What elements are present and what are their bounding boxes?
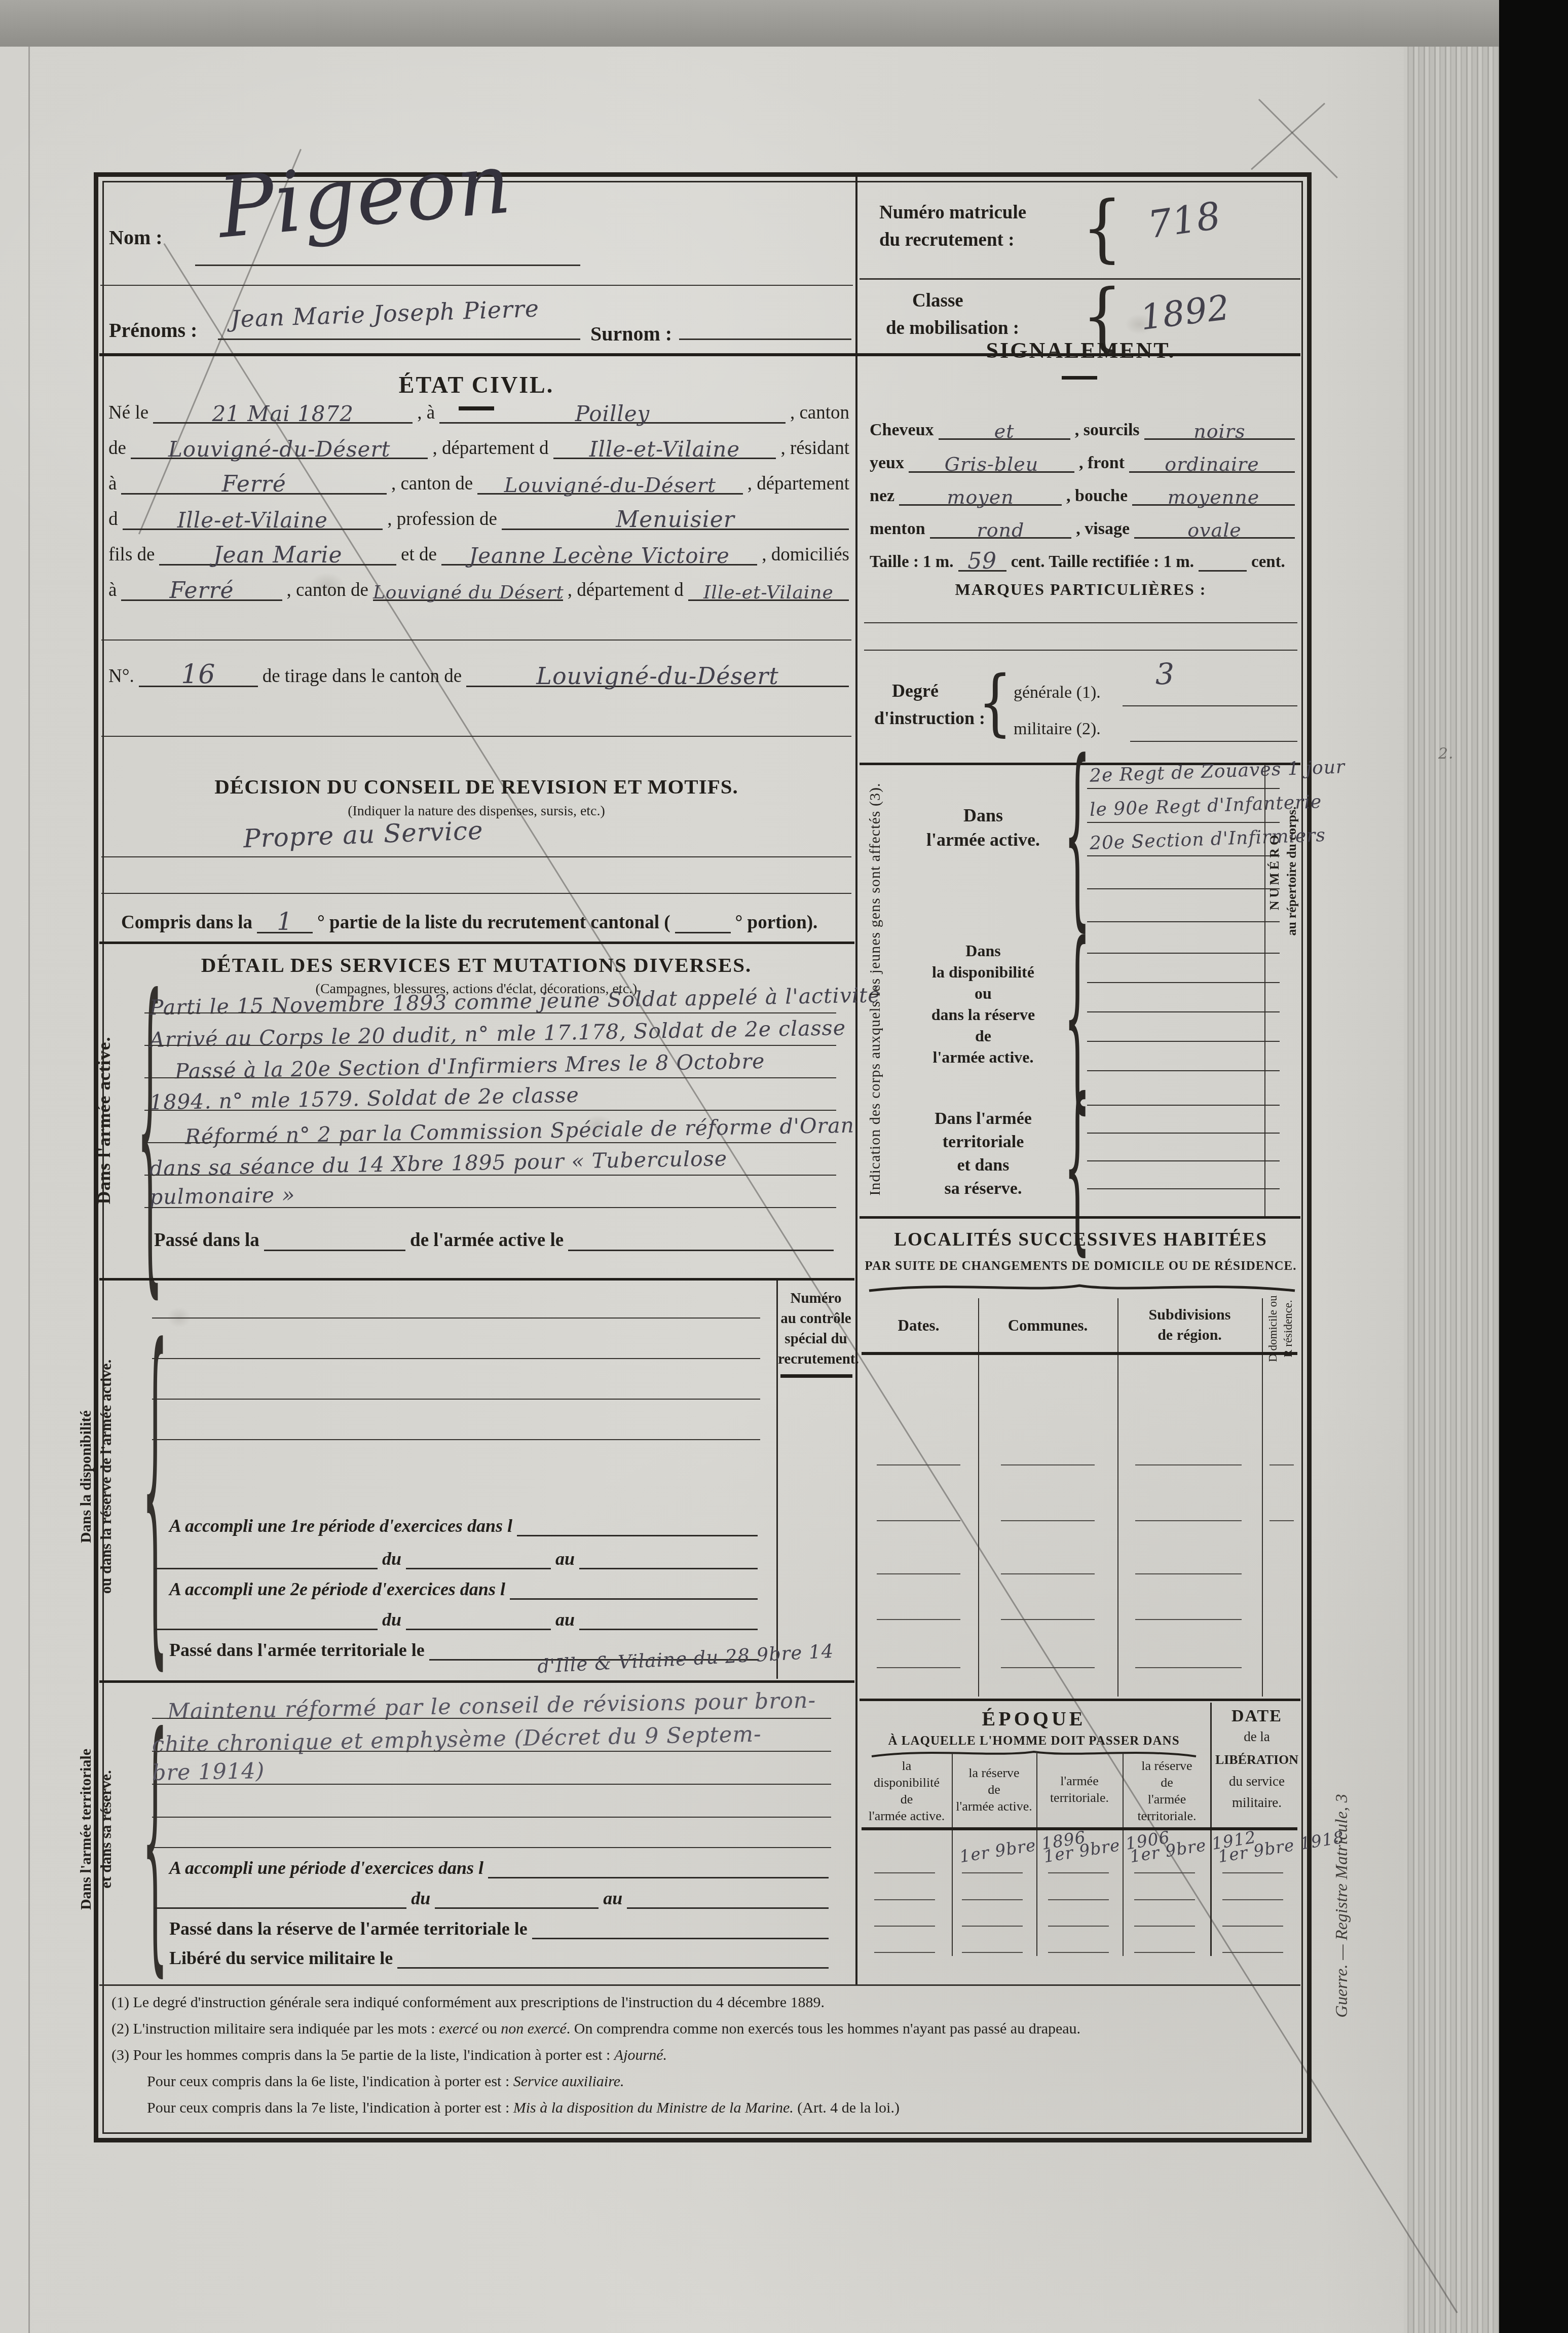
localites-header-rule (862, 1352, 1297, 1355)
numero-controle-rule (780, 1374, 852, 1378)
blank-field (155, 1907, 406, 1909)
empty-row-line (1001, 1520, 1095, 1521)
blank-field (579, 1629, 758, 1630)
etat-civil-row: à Ferré , canton de Louvigné-du-Désert ,… (106, 466, 851, 495)
empty-row-line (1222, 1872, 1283, 1873)
footnote-rule (99, 1984, 1300, 1986)
empty-row-line (877, 1667, 960, 1668)
blank-field: Louvigné-du-Désert (466, 658, 849, 687)
empty-row-line (1134, 1899, 1195, 1900)
localites-divider (1262, 1298, 1263, 1697)
taille-row: Taille : 1 m. 59 cent. Taille rectifiée … (868, 546, 1297, 572)
blank-field (397, 1967, 829, 1969)
periode1-row: A accompli une 1re période d'exercices d… (167, 1510, 760, 1536)
blank-field (579, 1568, 758, 1569)
empty-row-line (874, 1926, 935, 1927)
localites-col-subdivisions: Subdivisions de région. (1120, 1305, 1259, 1345)
generale-label: générale (1). (1014, 683, 1101, 702)
empty-row-line (1048, 1872, 1109, 1873)
ruled-line (152, 1817, 831, 1818)
blank-field: Menuisier (502, 503, 849, 530)
page-stack-top-edge (0, 0, 1499, 47)
ruled-line (144, 1175, 836, 1176)
brace-glyph: { (978, 661, 1012, 744)
localites-divider (1117, 1298, 1118, 1697)
du-au-row: du au (152, 1543, 760, 1569)
section-rule (99, 942, 854, 944)
blank-field (568, 1250, 834, 1251)
epoque-date-header5: militaire. (1214, 1795, 1300, 1811)
territoriale-brace: { (142, 1678, 168, 2000)
nom-label: Nom : (109, 225, 163, 249)
blank-field: Louvigné du Désert (373, 578, 563, 601)
blank-field (155, 1629, 378, 1630)
classe-label: Classe (912, 290, 963, 312)
ruled-line (1087, 1188, 1280, 1189)
ruled-line (1087, 1133, 1280, 1134)
epoque-date-header: DATE (1214, 1707, 1300, 1726)
ruled-line (1087, 888, 1280, 889)
empty-row-line (1222, 1926, 1283, 1927)
localites-col-communes: Communes. (981, 1316, 1115, 1335)
empty-row-line (1135, 1619, 1242, 1620)
territoriale-line: bre 1914) (152, 1758, 265, 1786)
ruled-line (1087, 855, 1280, 856)
ruled-line (152, 1439, 760, 1440)
blank-field (488, 1877, 829, 1878)
blank-field: ordinaire (1129, 449, 1295, 473)
blank-field: Louvigné-du-Désert (131, 433, 428, 459)
blank-line (100, 285, 853, 286)
corps-dispo-label: Dans la disponibilité ou dans la réserve… (900, 940, 1067, 1068)
blank-line (864, 650, 1297, 651)
periode-terr-row: A accompli une période d'exercices dans … (167, 1852, 831, 1878)
divider-line (860, 278, 1300, 280)
signalement-title: SIGNALEMENT. (859, 337, 1302, 363)
localites-title: LOCALITÉS SUCCESSIVES HABITÉES (859, 1229, 1302, 1251)
etat-civil-title: ÉTAT CIVIL. (99, 371, 854, 398)
blank-line (218, 338, 580, 340)
etat-civil-row: à Ferré , canton de Louvigné du Désert ,… (106, 573, 851, 601)
section-rule (860, 1216, 1300, 1219)
blank-line (101, 639, 851, 641)
blank-line (101, 736, 851, 737)
ruled-line (152, 1318, 760, 1319)
epoque-divider (952, 1753, 953, 1956)
empty-row-line (877, 1464, 960, 1465)
blank-field (627, 1907, 829, 1909)
signalement-row: menton rond , visage ovale (868, 513, 1297, 539)
ruled-line (152, 1718, 831, 1719)
empty-row-line (1001, 1667, 1095, 1668)
territoriale-side-label: Dans l'armée territoriale et dans sa rés… (76, 1652, 117, 2007)
disponibilite-side-label: Dans la disponibilité ou dans la réserve… (76, 1274, 117, 1679)
tirage-row: N°. 16 de tirage dans le canton de Louvi… (106, 659, 851, 687)
blank-field: moyen (899, 482, 1062, 506)
blank-field (406, 1568, 551, 1569)
page-stack-right-edge (1404, 47, 1499, 2333)
surnom-label: Surnom : (590, 322, 672, 346)
empty-row-line (1135, 1667, 1242, 1668)
libere-row: Libéré du service militaire le (167, 1942, 831, 1969)
corps-side-label: Indication des corps auxquels les jeunes… (867, 710, 884, 1268)
localites-col-dr: D domicile ou R résidence. (1265, 1253, 1296, 1405)
empty-row-line (1134, 1952, 1195, 1953)
epoque-date-header2: de la (1214, 1729, 1300, 1745)
empty-row-line (874, 1952, 935, 1953)
empty-row-line (874, 1899, 935, 1900)
ruled-line (1087, 953, 1280, 954)
empty-row-line (962, 1899, 1023, 1900)
section-rule (860, 1699, 1300, 1701)
title-underline (1062, 376, 1097, 380)
ruled-line (144, 1077, 836, 1078)
blank-field: 1 (257, 904, 313, 933)
matricule-label2: du recrutement : (879, 229, 1014, 251)
empty-row-line (1134, 1926, 1195, 1927)
blank-field: 16 (139, 655, 258, 687)
blank-field (406, 1629, 551, 1630)
service-line: pulmonaire » (150, 1182, 295, 1209)
epoque-date-header3: LIBÉRATION (1214, 1752, 1300, 1767)
empty-row-line (1134, 1872, 1195, 1873)
empty-row-line (877, 1520, 960, 1521)
du-au-row: du au (152, 1604, 760, 1630)
ruled-line (152, 1399, 760, 1400)
services-brace: { (137, 928, 163, 1326)
ruled-line (152, 1847, 831, 1848)
blank-field: noirs (1144, 416, 1295, 440)
brace-glyph: { (1082, 186, 1123, 271)
ruled-line (1087, 1105, 1280, 1106)
ruled-line (1087, 1070, 1280, 1071)
epoque-date-header4: du service (1214, 1774, 1300, 1789)
empty-row-line (1135, 1573, 1242, 1574)
degre-label2: d'instruction : (874, 707, 985, 729)
passe-active-row: Passé dans la de l'armée active le (152, 1224, 836, 1251)
blank-field: Gris-bleu (909, 449, 1074, 473)
ruled-line (1087, 982, 1280, 983)
ruled-line (144, 1012, 836, 1013)
numero-corps-divider (1264, 765, 1265, 1216)
etat-civil-row: de Louvigné-du-Désert , département d Il… (106, 431, 851, 459)
empty-row-line (962, 1872, 1023, 1873)
blank-line (864, 622, 1297, 623)
localites-subtitle: PAR SUITE DE CHANGEMENTS DE DOMICILE OU … (859, 1259, 1302, 1273)
etat-civil-row: Né le 21 Mai 1872 , à Poilley , canton (106, 395, 851, 424)
blank-field (510, 1598, 758, 1600)
signalement-row: nez moyen , bouche moyenne (868, 480, 1297, 506)
blank-field: rond (930, 515, 1072, 539)
blank-field: Louvigné-du-Désert (477, 470, 742, 495)
blank-line (101, 856, 851, 857)
footnote-5: Pour ceux compris dans la 7e liste, l'in… (147, 2099, 1292, 2117)
blank-field: 21 Mai 1872 (153, 397, 413, 424)
blank-field (435, 1907, 599, 1909)
ruled-line (1087, 1011, 1280, 1012)
empty-row-line (1048, 1926, 1109, 1927)
degre-label1: Degré (892, 680, 939, 701)
ruled-line (1087, 788, 1280, 789)
marques-label: MARQUES PARTICULIÈRES : (859, 580, 1302, 599)
empty-row-line (1270, 1520, 1294, 1521)
column-divider (855, 177, 857, 1986)
blank-field: Jean Marie (159, 538, 396, 566)
blank-field: Ille-et-Vilaine (123, 504, 383, 530)
blank-field (675, 932, 731, 933)
ruled-line (1087, 1160, 1280, 1161)
empty-row-line (1001, 1619, 1095, 1620)
section-rule (99, 1278, 854, 1281)
blank-field (1199, 570, 1247, 572)
ruled-line (1087, 1041, 1280, 1042)
localites-col-dates: Dates. (862, 1316, 976, 1335)
numero-controle-header: Numéro au contrôle spécial du recrutemen… (778, 1288, 854, 1369)
blank-field: Ille-et-Vilaine (553, 433, 776, 459)
blank-field: Poilley (439, 397, 786, 424)
blank-field: 59 (958, 544, 1006, 572)
du-au-row: du au (152, 1883, 831, 1909)
footnote-3: (3) Pour les hommes compris dans la 5e p… (111, 2047, 1292, 2064)
empty-row-line (1135, 1464, 1242, 1465)
ruled-line (152, 1751, 831, 1752)
blank-line (1123, 705, 1297, 706)
localites-divider (978, 1298, 979, 1697)
section-rule (99, 1680, 854, 1683)
blank-field: moyenne (1132, 482, 1295, 506)
blank-line (101, 893, 851, 894)
matricule-label: Numéro matricule (879, 202, 1026, 223)
epoque-divider (1036, 1753, 1037, 1956)
services-title: DÉTAIL DES SERVICES ET MUTATIONS DIVERSE… (99, 953, 854, 977)
empty-row-line (1048, 1899, 1109, 1900)
footnote-2: (2) L'instruction militaire sera indiqué… (111, 2020, 1297, 2038)
compris-row: Compris dans la 1 ° partie de la liste d… (119, 906, 839, 933)
epoque-title: ÉPOQUE (862, 1707, 1206, 1730)
signalement-row: yeux Gris-bleu , front ordinaire (868, 447, 1297, 473)
corps-active-label: Dans l'armée active. (897, 803, 1069, 852)
ruled-line (144, 1110, 836, 1111)
empty-row-line (962, 1926, 1023, 1927)
ruled-line (144, 1045, 836, 1046)
blank-field: Jeanne Lecène Victoire (441, 539, 757, 566)
blank-field (532, 1938, 829, 1939)
numero-corps-label: NUMÉRO au répertoire du corps. (1266, 729, 1300, 1013)
blank-line (679, 338, 851, 340)
ruled-line (1087, 822, 1280, 823)
decision-title: DÉCISION DU CONSEIL DE REVISION ET MOTIF… (99, 774, 854, 799)
services-side-label: Dans l'armée active. (93, 968, 115, 1272)
epoque-subtitle: À LAQUELLE L'HOMME DOIT PASSER DANS (862, 1734, 1206, 1748)
passe-reserve-row: Passé dans la réserve de l'armée territo… (167, 1913, 831, 1939)
generale-value: 3 (1155, 657, 1175, 691)
decorative-swash (867, 1280, 1297, 1295)
classe-label2: de mobilisation : (886, 317, 1019, 339)
empty-row-line (1048, 1952, 1109, 1953)
empty-row-line (1270, 1464, 1294, 1465)
ruled-line (152, 1358, 760, 1359)
footnote-1: (1) Le degré d'instruction générale sera… (111, 1994, 1292, 2011)
ruled-line (144, 1142, 836, 1143)
empty-row-line (877, 1573, 960, 1574)
empty-row-line (1222, 1899, 1283, 1900)
empty-row-line (1135, 1520, 1242, 1521)
scanned-register-page: 2. Nom : Pigeon Prénoms : Jean Marie Jos… (0, 0, 1568, 2333)
blank-field: Ille-et-Vilaine (688, 578, 849, 601)
periode2-row: A accompli une 2e période d'exercices da… (167, 1573, 760, 1600)
blank-field (517, 1535, 758, 1536)
blank-field: et (939, 416, 1070, 440)
blank-field (264, 1250, 405, 1251)
margin-imprint: Guerre. — Registre Matricule, 3 (1332, 1668, 1352, 2144)
empty-row-line (962, 1952, 1023, 1953)
empty-row-line (877, 1619, 960, 1620)
blank-field: Ferré (121, 467, 386, 495)
pencil-page-mark: 2. (1438, 745, 1454, 763)
epoque-col4-header: la réservedel'arméeterritoriale. (1123, 1757, 1211, 1824)
blank-field: Ferré (121, 574, 282, 601)
epoque-col1-header: ladisponibilitédel'armée active. (862, 1757, 952, 1824)
footnote-4: Pour ceux compris dans la 6e liste, l'in… (147, 2073, 1292, 2090)
epoque-divider (1123, 1753, 1124, 1956)
signalement-row: Cheveux et , sourcils noirs (868, 415, 1297, 440)
etat-civil-row: d Ille-et-Vilaine , profession de Menuis… (106, 502, 851, 530)
empty-row-line (1001, 1464, 1095, 1465)
empty-row-line (874, 1872, 935, 1873)
ruled-line (144, 1207, 836, 1208)
ruled-line (1087, 921, 1280, 922)
empty-row-line (1001, 1573, 1095, 1574)
epoque-col2-header: la réservedel'armée active. (952, 1764, 1036, 1815)
disponibilite-brace: { (142, 1273, 168, 1700)
epoque-col3-header: l'arméeterritoriale. (1036, 1773, 1123, 1806)
corps-terr-label: Dans l'armée territoriale et dans sa rés… (900, 1107, 1067, 1200)
blank-field: ovale (1134, 515, 1295, 539)
blank-line (195, 265, 580, 266)
empty-row-line (1222, 1952, 1283, 1953)
prenoms-label: Prénoms : (109, 318, 197, 342)
binding-crease (28, 47, 30, 2333)
ruled-line (152, 1784, 831, 1785)
blank-field (155, 1568, 378, 1569)
etat-civil-row: fils de Jean Marie et de Jeanne Lecène V… (106, 537, 851, 566)
